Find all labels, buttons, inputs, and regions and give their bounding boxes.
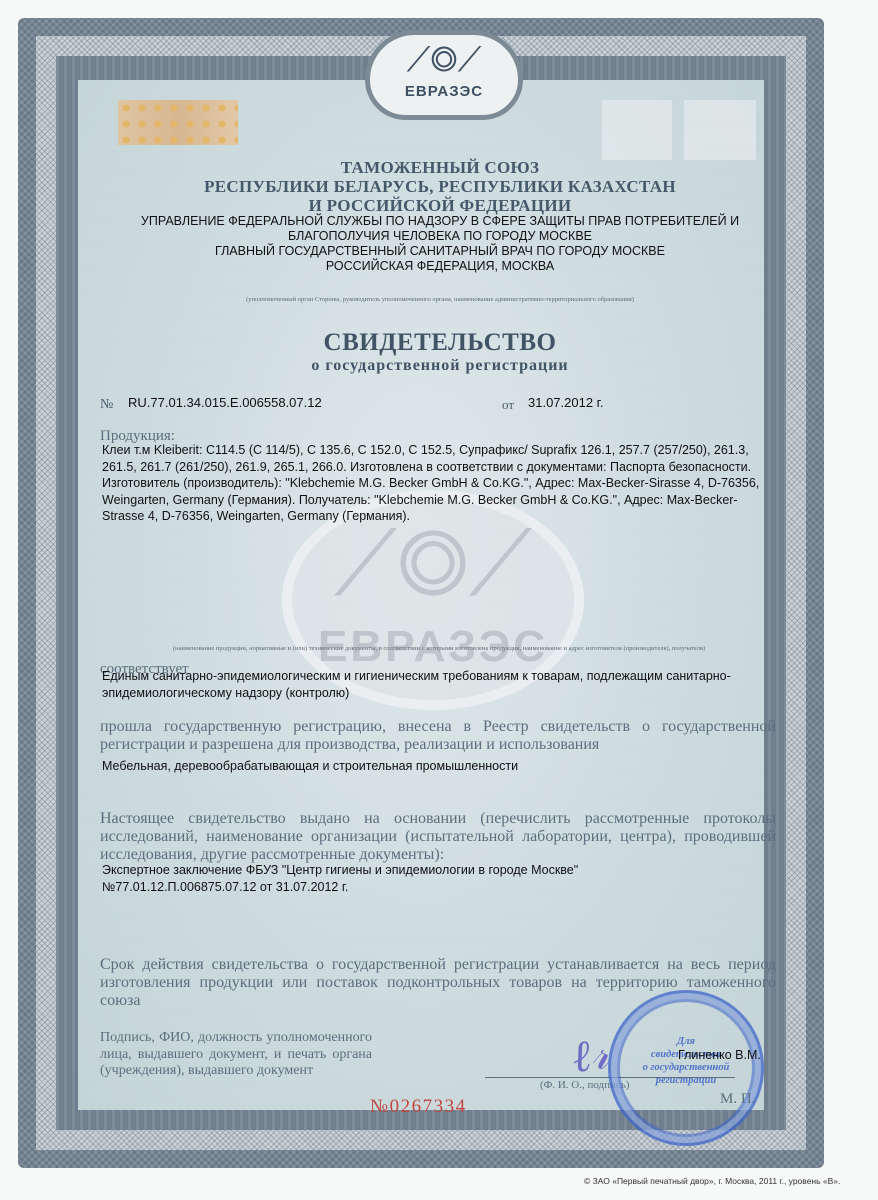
- basis-document-line: №77.01.12.П.006875.07.12 от 31.07.2012 г…: [102, 879, 742, 896]
- registration-date-label: от: [502, 397, 514, 413]
- union-title-line: РЕСПУБЛИКИ БЕЛАРУСЬ, РЕСПУБЛИКИ КАЗАХСТА…: [100, 177, 780, 196]
- registration-date: 31.07.2012 г.: [528, 395, 603, 410]
- printer-footer: © ЗАО «Первый печатный двор», г. Москва,…: [584, 1176, 840, 1186]
- certificate-title: СВИДЕТЕЛЬСТВО: [100, 329, 780, 357]
- customs-union-title: ТАМОЖЕННЫЙ СОЮЗ РЕСПУБЛИКИ БЕЛАРУСЬ, РЕС…: [100, 158, 780, 215]
- issuing-authority: УПРАВЛЕНИЕ ФЕДЕРАЛЬНОЙ СЛУЖБЫ ПО НАДЗОРУ…: [100, 214, 780, 274]
- registration-statement: прошла государственную регистрацию, внес…: [100, 718, 776, 754]
- stamp-line: о государственной: [641, 1061, 731, 1074]
- handwritten-signature-icon: ℓ𝓇: [569, 1028, 612, 1084]
- product-caption: (наименование продукции, нормативные и (…: [98, 645, 780, 652]
- serial-number: №0267334: [370, 1096, 467, 1118]
- product-description: Клеи т.м Kleiberit: C114.5 (C 114/5), C …: [102, 442, 762, 525]
- stamp-line: регистрации: [641, 1074, 731, 1087]
- authority-line: РОССИЙСКАЯ ФЕДЕРАЦИЯ, МОСКВА: [100, 259, 780, 274]
- conforms-requirements: Единым санитарно-эпидемиологическим и ги…: [102, 668, 742, 701]
- basis-statement: Настоящее свидетельство выдано на основа…: [100, 810, 776, 864]
- seal-label: М. П.: [720, 1091, 755, 1108]
- signer-name: Глиненко В.М.: [678, 1048, 761, 1062]
- registration-number: RU.77.01.34.015.Е.006558.07.12: [128, 395, 322, 410]
- stamp-line: Для: [641, 1035, 731, 1048]
- certificate-content: ТАМОЖЕННЫЙ СОЮЗ РЕСПУБЛИКИ БЕЛАРУСЬ, РЕС…: [0, 0, 878, 1200]
- basis-documents: Экспертное заключение ФБУЗ "Центр гигиен…: [102, 862, 742, 895]
- authority-caption: (уполномоченный орган Стороны, руководит…: [140, 296, 740, 303]
- usage-area: Мебельная, деревообрабатывающая и строит…: [102, 758, 742, 775]
- certificate-subtitle: о государственной регистрации: [100, 357, 780, 375]
- union-title-line: И РОССИЙСКОЙ ФЕДЕРАЦИИ: [100, 196, 780, 215]
- authority-line: ГЛАВНЫЙ ГОСУДАРСТВЕННЫЙ САНИТАРНЫЙ ВРАЧ …: [100, 244, 780, 259]
- union-title-line: ТАМОЖЕННЫЙ СОЮЗ: [100, 158, 780, 177]
- basis-document-line: Экспертное заключение ФБУЗ "Центр гигиен…: [102, 862, 742, 879]
- registration-number-label: №: [100, 397, 113, 413]
- signature-caption: Подпись, ФИО, должность уполномоченного …: [100, 1030, 372, 1080]
- authority-line: УПРАВЛЕНИЕ ФЕДЕРАЛЬНОЙ СЛУЖБЫ ПО НАДЗОРУ…: [100, 214, 780, 229]
- official-stamp: Для свидетельства о государственной реги…: [608, 990, 764, 1146]
- authority-line: БЛАГОПОЛУЧИЯ ЧЕЛОВЕКА ПО ГОРОДУ МОСКВЕ: [100, 229, 780, 244]
